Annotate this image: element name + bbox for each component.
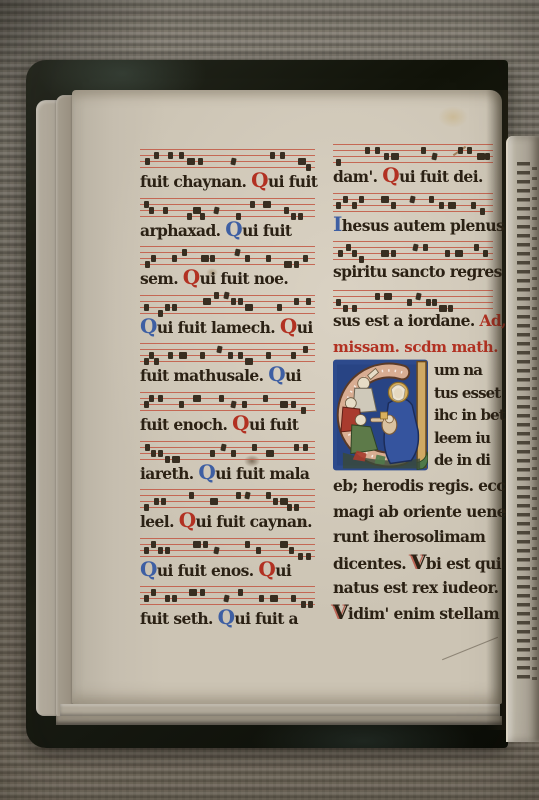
text-line: fuit seth. Qui fuit a xyxy=(140,605,315,631)
neume-note xyxy=(284,207,289,214)
neume-note xyxy=(294,504,299,511)
neume-note xyxy=(263,395,268,402)
neume-note xyxy=(145,444,150,451)
neume-note xyxy=(421,147,426,154)
music-system: sem. Qui fuit noe. xyxy=(140,244,315,292)
neume-note xyxy=(298,213,303,220)
neume-note xyxy=(187,158,195,165)
neume-note xyxy=(193,541,201,548)
neume-note xyxy=(165,595,170,602)
text-segment: dicentes. xyxy=(333,554,411,573)
neume-note xyxy=(432,153,438,161)
text-line: Qui fuit lamech. Qui xyxy=(140,314,315,340)
page-stack-edge-outer xyxy=(36,100,58,716)
music-stave xyxy=(140,341,315,362)
neume-note xyxy=(381,196,389,203)
neume-note xyxy=(391,250,396,257)
neume-note xyxy=(270,595,278,602)
colored-initial: Q xyxy=(268,362,285,386)
adoration-of-magi-miniature-initial-C xyxy=(333,359,428,473)
neume-note xyxy=(346,244,351,251)
page-stack-bottom-inner xyxy=(56,716,502,725)
neume-note xyxy=(223,291,229,299)
text-segment: iareth. xyxy=(140,464,198,483)
photo-frame: fuit chaynan. Qui fuitarphaxad. Qui fuit… xyxy=(0,0,539,800)
text-segment: ui fuit noe. xyxy=(200,269,289,288)
text-segment: ui fuit mala xyxy=(215,464,309,483)
neume-note xyxy=(231,298,236,305)
text-column-left: fuit chaynan. Qui fuitarphaxad. Qui fuit… xyxy=(140,146,315,632)
neume-note xyxy=(384,293,392,300)
music-system: fuit seth. Qui fuit a xyxy=(140,584,315,632)
neume-note xyxy=(291,401,296,408)
neume-note xyxy=(445,250,450,257)
neume-note xyxy=(179,152,184,159)
facing-page-sliver xyxy=(506,136,539,742)
music-stave xyxy=(140,487,315,508)
music-stave xyxy=(140,536,315,557)
neume-note xyxy=(306,164,311,171)
neume-note xyxy=(149,352,154,359)
neume-note xyxy=(416,292,422,300)
text-segment: spiritu sancto regres xyxy=(333,262,502,281)
neume-note xyxy=(280,541,288,548)
neume-note xyxy=(172,255,177,262)
gutter-shadow xyxy=(486,90,508,730)
neume-note xyxy=(303,444,308,451)
neume-note xyxy=(210,498,218,505)
neume-note xyxy=(375,293,380,300)
colored-initial: Q xyxy=(218,605,235,629)
colored-initial: Q xyxy=(232,411,249,435)
neume-note xyxy=(303,255,308,262)
neume-note xyxy=(165,547,170,554)
neume-note xyxy=(238,352,243,359)
neume-note xyxy=(448,305,453,312)
music-system: fuit mathusale. Qui xyxy=(140,341,315,389)
neume-note xyxy=(219,395,224,402)
neume-note xyxy=(298,158,306,165)
neume-note xyxy=(266,352,271,359)
text-segment: arphaxad. xyxy=(140,221,225,240)
neume-note xyxy=(158,450,163,457)
music-system: leel. Qui fuit caynan. xyxy=(140,487,315,535)
text-line: arphaxad. Qui fuit xyxy=(140,217,315,243)
colored-initial: Q xyxy=(140,557,157,581)
text-segment: natus est rex iudeor. xyxy=(333,578,498,597)
colored-initial: V xyxy=(333,600,348,624)
neume-note xyxy=(294,261,299,268)
colored-initial: missam. scdm math. xyxy=(333,338,498,356)
colored-initial: Q xyxy=(183,265,200,289)
neume-note xyxy=(168,152,173,159)
neume-note xyxy=(200,213,205,220)
neume-note xyxy=(210,450,215,457)
neume-note xyxy=(234,249,240,257)
neume-note xyxy=(273,498,278,505)
neume-note xyxy=(343,305,348,312)
neume-note xyxy=(266,255,271,262)
neume-note xyxy=(381,250,389,257)
neume-note xyxy=(474,244,479,251)
neume-note xyxy=(154,152,159,159)
neume-note xyxy=(439,202,444,209)
neume-note xyxy=(287,504,292,511)
neume-note xyxy=(409,195,415,203)
neume-note xyxy=(242,401,247,408)
text-line: spiritu sancto regres xyxy=(333,260,498,286)
text-line: dicentes. Vbi est qui xyxy=(333,550,498,575)
text-line: fuit mathusale. Qui xyxy=(140,362,315,388)
neume-note xyxy=(308,601,313,608)
neume-note xyxy=(231,450,236,457)
neume-note xyxy=(163,207,168,214)
neume-note xyxy=(144,401,149,408)
neume-note xyxy=(252,444,257,451)
neume-note xyxy=(391,202,396,209)
neume-note xyxy=(144,504,149,511)
neume-note xyxy=(359,196,364,203)
neume-note xyxy=(200,589,205,596)
neume-note xyxy=(189,589,197,596)
text-segment: sem. xyxy=(140,269,183,288)
neume-note xyxy=(365,147,370,154)
text-segment: fuit seth. xyxy=(140,609,218,628)
colored-initial: Q xyxy=(382,163,399,187)
neume-note xyxy=(144,358,149,365)
text-segment: ui fuit enos. xyxy=(157,561,259,580)
text-line: runt iherosolimam xyxy=(333,524,498,549)
neume-note xyxy=(236,492,241,499)
neume-note xyxy=(291,595,296,602)
text-line: Ihesus autem plenus xyxy=(333,212,498,238)
neume-note xyxy=(384,153,389,160)
neume-note xyxy=(151,589,156,596)
neume-note xyxy=(228,352,233,359)
neume-note xyxy=(277,304,282,311)
text-line: iareth. Qui fuit mala xyxy=(140,460,315,486)
neume-note xyxy=(165,304,170,311)
text-line: sem. Qui fuit noe. xyxy=(140,265,315,291)
neume-note xyxy=(298,553,303,560)
text-segment: leem iu xyxy=(434,429,490,447)
neume-note xyxy=(230,401,236,409)
neume-note xyxy=(477,153,485,160)
neume-note xyxy=(301,407,306,414)
text-line: magi ab oriente uene xyxy=(333,499,498,524)
music-stave xyxy=(333,288,493,309)
neume-note xyxy=(284,261,292,268)
text-segment: ui fuit dei. xyxy=(399,167,483,186)
text-segment: ui xyxy=(285,366,301,385)
music-stave xyxy=(333,239,493,260)
text-line: fuit chaynan. Qui fuit xyxy=(140,168,315,194)
neume-note xyxy=(149,395,154,402)
neume-note xyxy=(172,304,177,311)
neume-note xyxy=(230,158,236,166)
neume-note xyxy=(458,147,463,154)
music-system: fuit enoch. Qui fuit xyxy=(140,390,315,438)
neume-note xyxy=(216,346,222,354)
neume-note xyxy=(151,541,156,548)
neume-note xyxy=(412,244,418,252)
neume-note xyxy=(201,255,209,262)
music-system: fuit chaynan. Qui fuit xyxy=(140,147,315,195)
neume-note xyxy=(359,256,364,263)
neume-note xyxy=(336,159,341,166)
neume-note xyxy=(214,292,219,299)
neume-note xyxy=(154,358,159,365)
text-segment: ui fuit lamech. xyxy=(157,318,280,337)
text-segment: ui fuit caynan. xyxy=(196,512,312,531)
text-segment: de in di xyxy=(434,451,490,469)
neume-note xyxy=(245,358,253,365)
text-segment: ui fuit xyxy=(268,172,317,191)
music-system: Qui fuit enos. Qui xyxy=(140,536,315,584)
text-segment: sus est a iordane. xyxy=(333,311,480,330)
colored-initial: Q xyxy=(225,217,242,241)
neume-note xyxy=(429,196,434,203)
neume-note xyxy=(151,255,156,262)
neume-note xyxy=(198,158,203,165)
neume-note xyxy=(244,492,250,500)
neume-note xyxy=(144,304,149,311)
neume-note xyxy=(306,553,311,560)
neume-note xyxy=(336,299,341,306)
neume-note xyxy=(158,547,163,554)
neume-note xyxy=(294,298,299,305)
neume-note xyxy=(223,595,229,603)
colored-initial: Q xyxy=(140,314,157,338)
neume-note xyxy=(256,547,261,554)
text-line: sus est a iordane. Ad, xyxy=(333,309,498,335)
neume-note xyxy=(423,244,428,251)
neume-note xyxy=(144,201,149,208)
text-segment: fuit enoch. xyxy=(140,415,232,434)
text-segment: fuit mathusale. xyxy=(140,366,268,385)
text-segment: ui xyxy=(297,318,313,337)
neume-note xyxy=(149,207,154,214)
text-segment: idim' enim stellam xyxy=(348,604,499,623)
music-stave xyxy=(140,439,315,460)
music-system: sus est a iordane. Ad, xyxy=(333,288,498,336)
text-line: Vidim' enim stellam xyxy=(333,600,498,625)
music-stave xyxy=(333,142,493,163)
text-segment: runt iherosolimam xyxy=(333,527,485,546)
neume-note xyxy=(291,213,296,220)
neume-note xyxy=(280,152,285,159)
neume-note xyxy=(336,202,341,209)
neume-note xyxy=(301,601,306,608)
neume-note xyxy=(245,255,250,262)
neume-note xyxy=(480,208,485,215)
neume-note xyxy=(270,152,275,159)
text-line: fuit enoch. Qui fuit xyxy=(140,411,315,437)
text-segment: dam'. xyxy=(333,167,382,186)
music-system: iareth. Qui fuit mala xyxy=(140,439,315,487)
text-line: Qui fuit enos. Qui xyxy=(140,557,315,583)
text-segment: ui fuit xyxy=(249,415,298,434)
music-stave xyxy=(140,244,315,265)
neume-note xyxy=(338,250,343,257)
music-system: arphaxad. Qui fuit xyxy=(140,196,315,244)
neume-note xyxy=(238,589,243,596)
neume-note xyxy=(280,401,288,408)
colored-initial: Q xyxy=(258,557,275,581)
neume-note xyxy=(151,450,156,457)
colored-initial: Q xyxy=(179,508,196,532)
music-stave xyxy=(333,191,493,212)
neume-note xyxy=(182,249,187,256)
facing-page-text-fragments xyxy=(517,162,530,682)
neume-note xyxy=(200,352,205,359)
text-line: dam'. Qui fuit dei. xyxy=(333,163,498,189)
text-line: eb; herodis regis. ecce xyxy=(333,473,498,498)
music-system: Qui fuit lamech. Qui xyxy=(140,293,315,341)
neume-note xyxy=(154,498,159,505)
neume-note xyxy=(303,346,308,353)
neume-note xyxy=(189,492,194,499)
colored-initial: I xyxy=(333,212,342,236)
neume-note xyxy=(352,250,357,257)
neume-note xyxy=(158,310,163,317)
rubric-line: missam. scdm math. xyxy=(333,335,498,359)
neume-note xyxy=(391,153,399,160)
text-column-right: dam'. Qui fuit dei.Ihesus autem plenussp… xyxy=(333,141,498,626)
neume-note xyxy=(306,298,311,305)
neume-note xyxy=(245,304,253,311)
text-line: leel. Qui fuit caynan. xyxy=(140,508,315,534)
neume-note xyxy=(294,444,299,451)
text-line: natus est rex iudeor. xyxy=(333,575,498,600)
neume-note xyxy=(179,401,184,408)
music-system: Ihesus autem plenus xyxy=(333,191,498,239)
music-system: spiritu sancto regres xyxy=(333,239,498,287)
neume-note xyxy=(352,305,357,312)
music-stave xyxy=(140,584,315,605)
music-stave xyxy=(140,390,315,411)
colored-initial: Q xyxy=(251,168,268,192)
neume-note xyxy=(172,595,177,602)
miniature-row: um natus essetihc in bethleem iude in di xyxy=(333,359,498,473)
neume-note xyxy=(203,298,211,305)
colored-initial: Q xyxy=(280,314,297,338)
text-segment: ui xyxy=(275,561,291,580)
neume-note xyxy=(187,213,192,220)
neume-note xyxy=(467,147,472,154)
neume-note xyxy=(145,158,150,165)
neume-note xyxy=(210,255,215,262)
text-segment: leel. xyxy=(140,512,179,531)
neume-note xyxy=(259,595,264,602)
colored-initial: V xyxy=(411,550,426,574)
neume-note xyxy=(220,443,226,451)
neume-note xyxy=(448,202,456,209)
neume-note xyxy=(158,395,163,402)
neume-note xyxy=(250,201,255,208)
neume-note xyxy=(352,202,357,209)
neume-note xyxy=(161,498,166,505)
text-segment: magi ab oriente uene xyxy=(333,502,506,521)
text-segment: fuit chaynan. xyxy=(140,172,251,191)
neume-note xyxy=(168,352,173,359)
neume-note xyxy=(263,201,271,208)
music-system: dam'. Qui fuit dei. xyxy=(333,142,498,190)
text-segment: ui fuit xyxy=(242,221,291,240)
neume-note xyxy=(172,456,180,463)
neume-note xyxy=(291,352,296,359)
neume-note xyxy=(144,595,149,602)
neume-note xyxy=(439,305,447,312)
neume-note xyxy=(432,299,437,306)
neume-note xyxy=(455,250,463,257)
neume-note xyxy=(165,456,170,463)
neume-note xyxy=(238,298,243,305)
neume-note xyxy=(213,546,219,554)
neume-note xyxy=(213,206,219,214)
text-segment: hesus autem plenus xyxy=(342,216,504,235)
neume-note xyxy=(289,547,294,554)
neume-note xyxy=(426,299,431,306)
neume-note xyxy=(343,196,348,203)
neume-note xyxy=(471,202,476,209)
neume-note xyxy=(193,395,201,402)
neume-note xyxy=(144,547,149,554)
neume-note xyxy=(375,147,380,154)
colored-initial: Q xyxy=(198,460,215,484)
music-stave xyxy=(140,147,315,168)
text-segment: um na xyxy=(434,361,482,379)
text-segment: ui fuit a xyxy=(234,609,298,628)
neume-note xyxy=(245,541,250,548)
neume-note xyxy=(179,352,187,359)
music-stave xyxy=(140,293,315,314)
neume-note xyxy=(236,213,241,220)
neume-note xyxy=(203,541,208,548)
neume-note xyxy=(145,261,150,268)
neume-note xyxy=(266,492,271,499)
neume-note xyxy=(266,450,274,457)
music-stave xyxy=(140,196,315,217)
neume-note xyxy=(407,299,412,306)
page-stack-bottom-outer xyxy=(60,704,500,716)
